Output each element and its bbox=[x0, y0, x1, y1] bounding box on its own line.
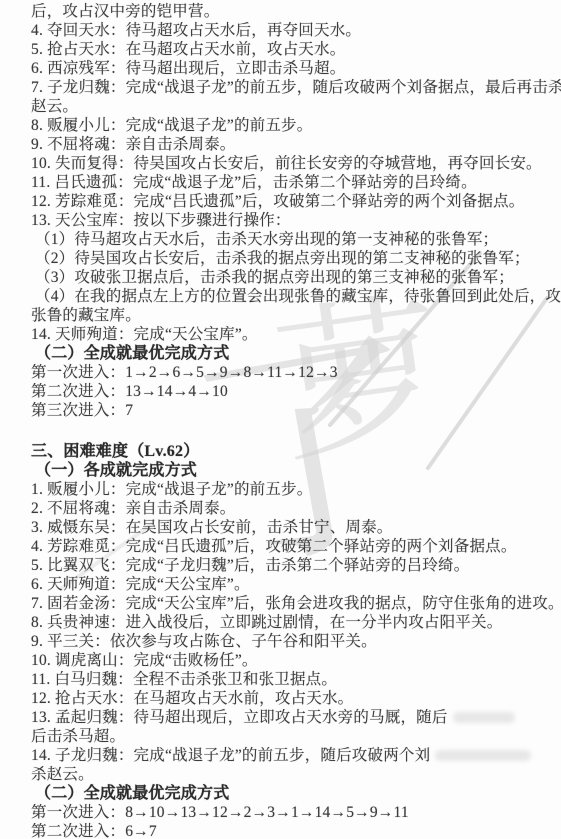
entry-sequence-line: 第二次进入：6→7 bbox=[31, 822, 549, 839]
line-text: 12. 抢占天水：在马超攻占天水前，攻占天水。 bbox=[31, 690, 353, 707]
line-text: 第一次进入：1→2→6→5→9→8→11→12→3 bbox=[31, 364, 338, 381]
step-line: （2）待吴国攻占长安后，击杀我的据点旁出现的第二支神秘的张鲁军； bbox=[31, 249, 549, 268]
text-line: 12. 抢占天水：在马超攻占天水前，攻占天水。 bbox=[31, 689, 549, 708]
text-line: 4. 芳踪难觅：完成“吕氏遗孤”后，攻破第二个驿站旁的两个刘备据点。 bbox=[31, 537, 549, 556]
text-line: 11. 白马归魏：全程不击杀张卫和张卫据点。 bbox=[31, 670, 549, 689]
entry-sequence-line: 第三次进入：7 bbox=[31, 401, 549, 420]
text-line: 7. 子龙归魏：完成“战退子龙”的前五步，随后攻破两个刘备据点，最后再击杀 bbox=[31, 78, 549, 97]
line-text: （1）待马超攻占天水后，击杀天水旁出现的第一支神秘的张鲁军； bbox=[35, 231, 498, 248]
line-text: （一）各成就完成方式 bbox=[35, 462, 197, 479]
line-text: 7. 子龙归魏：完成“战退子龙”的前五步，随后攻破两个刘备据点，最后再击杀 bbox=[31, 79, 561, 96]
entry-sequence-line: 第一次进入：8→10→13→12→2→3→1→14→5→9→11 bbox=[31, 803, 549, 822]
line-text: 14. 天师殉道：完成“天公宝库”。 bbox=[31, 326, 258, 343]
line-text: 4. 夺回天水：待马超攻占天水后，再夺回天水。 bbox=[31, 22, 361, 39]
text-line: 7. 固若金汤：完成“天公宝库”后，张角会进攻我的据点，防守住张角的进攻。 bbox=[31, 594, 549, 613]
text-line: 13. 孟起归魏：待马超出现后，立即攻占天水旁的马厩，随后 bbox=[31, 708, 549, 727]
line-text: 9. 平三关：依次参与攻占陈仓、子午谷和阳平关。 bbox=[31, 633, 377, 650]
step-line: （4）在我的据点左上方的位置会出现张鲁的藏宝库，待张鲁回到此处后，攻破 bbox=[31, 287, 549, 306]
line-text: 8. 贩履小儿：完成“战退子龙”的前五步。 bbox=[31, 117, 312, 134]
erased-text-smudge bbox=[435, 750, 531, 761]
line-text: 13. 孟起归魏：待马超出现后，立即攻占天水旁的马厩，随后 bbox=[31, 709, 448, 726]
text-line: 6. 西凉残军：待马超出现后，立即击杀马超。 bbox=[31, 59, 549, 78]
step-line: （1）待马超攻占天水后，击杀天水旁出现的第一支神秘的张鲁军； bbox=[31, 230, 549, 249]
line-text: 杀赵云。 bbox=[31, 766, 94, 783]
text-line: 5. 抢占天水：在马超攻占天水前，攻占天水。 bbox=[31, 40, 549, 59]
line-text: 后，攻占汉中旁的铠甲营。 bbox=[31, 3, 219, 20]
text-line: 张鲁的藏宝库。 bbox=[31, 306, 549, 325]
entry-sequence-line: 第一次进入：1→2→6→5→9→8→11→12→3 bbox=[31, 363, 549, 382]
text-line: 后击杀马超。 bbox=[31, 727, 549, 746]
line-text: 1. 贩履小儿：完成“战退子龙”的前五步。 bbox=[31, 481, 312, 498]
text-line: 14. 天师殉道：完成“天公宝库”。 bbox=[31, 325, 549, 344]
text-line: 2. 不屈将魂：亲自击杀周泰。 bbox=[31, 499, 549, 518]
erased-text-smudge bbox=[453, 712, 515, 723]
text-line: 赵云。 bbox=[31, 97, 549, 116]
line-text: 9. 不屈将魂：亲自击杀周泰。 bbox=[31, 136, 236, 153]
step-line: （3）攻破张卫据点后，击杀我的据点旁出现的第三支神秘的张鲁军； bbox=[31, 268, 549, 287]
line-text: 5. 抢占天水：在马超攻占天水前，攻占天水。 bbox=[31, 41, 345, 58]
line-text: 6. 西凉残军：待马超出现后，立即击杀马超。 bbox=[31, 60, 345, 77]
line-text: （二）全成就最优完成方式 bbox=[35, 785, 229, 802]
text-line: 9. 平三关：依次参与攻占陈仓、子午谷和阳平关。 bbox=[31, 632, 549, 651]
line-text: 第一次进入：8→10→13→12→2→3→1→14→5→9→11 bbox=[31, 804, 409, 821]
text-line: 5. 比翼双飞：完成“子龙归魏”后，击杀第二个驿站旁的吕玲绮。 bbox=[31, 556, 549, 575]
line-text: 7. 固若金汤：完成“天公宝库”后，张角会进攻我的据点，防守住张角的进攻。 bbox=[31, 595, 561, 612]
line-text: 第二次进入：6→7 bbox=[31, 823, 157, 839]
line-text: 10. 失而复得：待吴国攻占长安后，前往长安旁的夺城营地，再夺回长安。 bbox=[31, 155, 542, 172]
line-text: 12. 芳踪难觅：完成“吕氏遗孤”后，攻破第二个驿站旁的两个刘备据点。 bbox=[31, 193, 525, 210]
line-text: 2. 不屈将魂：亲自击杀周泰。 bbox=[31, 500, 236, 517]
line-text: 5. 比翼双飞：完成“子龙归魏”后，击杀第二个驿站旁的吕玲绮。 bbox=[31, 557, 469, 574]
text-line: 8. 贩履小儿：完成“战退子龙”的前五步。 bbox=[31, 116, 549, 135]
section-heading: 三、困难难度（Lv.62） bbox=[31, 442, 549, 461]
line-text: 10. 调虎离山：完成“击败杨任”。 bbox=[31, 652, 258, 669]
line-text: 3. 威慑东吴：在吴国攻占长安前，击杀甘宁、周泰。 bbox=[31, 519, 393, 536]
text-line: 14. 子龙归魏：完成“战退子龙”的前五步，随后攻破两个刘 bbox=[31, 746, 549, 765]
entry-sequence-line: 第二次进入：13→14→4→10 bbox=[31, 382, 549, 401]
line-text: 6. 天师殉道：完成“天公宝库”。 bbox=[31, 576, 250, 593]
line-text: 4. 芳踪难觅：完成“吕氏遗孤”后，攻破第二个驿站旁的两个刘备据点。 bbox=[31, 538, 517, 555]
section-heading: （二）全成就最优完成方式 bbox=[31, 344, 549, 363]
text-line: 杀赵云。 bbox=[31, 765, 549, 784]
section-heading: （一）各成就完成方式 bbox=[31, 461, 549, 480]
line-text: （2）待吴国攻占长安后，击杀我的据点旁出现的第二支神秘的张鲁军； bbox=[35, 250, 530, 267]
line-text: （3）攻破张卫据点后，击杀我的据点旁出现的第三支神秘的张鲁军； bbox=[35, 269, 514, 286]
text-line: 9. 不屈将魂：亲自击杀周泰。 bbox=[31, 135, 549, 154]
text-line: 1. 贩履小儿：完成“战退子龙”的前五步。 bbox=[31, 480, 549, 499]
line-text: 赵云。 bbox=[31, 98, 78, 115]
text-line: 4. 夺回天水：待马超攻占天水后，再夺回天水。 bbox=[31, 21, 549, 40]
line-text: 8. 兵贵神速：进入战役后，立即跳过剧情，在一分半内攻占阳平关。 bbox=[31, 614, 502, 631]
line-text: 11. 白马归魏：全程不击杀张卫和张卫据点。 bbox=[31, 671, 337, 688]
text-line: 12. 芳踪难觅：完成“吕氏遗孤”后，攻破第二个驿站旁的两个刘备据点。 bbox=[31, 192, 549, 211]
line-text: （二）全成就最优完成方式 bbox=[35, 345, 229, 362]
text-line: 11. 吕氏遗孤：完成“战退子龙”后，击杀第二个驿站旁的吕玲绮。 bbox=[31, 173, 549, 192]
text-line: 后，攻占汉中旁的铠甲营。 bbox=[31, 2, 549, 21]
section-heading: （二）全成就最优完成方式 bbox=[31, 784, 549, 803]
line-text: 第三次进入：7 bbox=[31, 402, 133, 419]
line-text: 第二次进入：13→14→4→10 bbox=[31, 383, 228, 400]
line-text: 14. 子龙归魏：完成“战退子龙”的前五步，随后攻破两个刘 bbox=[31, 747, 430, 764]
line-text: 后击杀马超。 bbox=[31, 728, 125, 745]
section-gap bbox=[31, 420, 549, 442]
line-text: （4）在我的据点左上方的位置会出现张鲁的藏宝库，待张鲁回到此处后，攻破 bbox=[35, 288, 561, 305]
line-text: 13. 天公宝库：按以下步骤进行操作： bbox=[31, 212, 291, 229]
document-page: 了 萝 后，攻占汉中旁的铠甲营。4. 夺回天水：待马超攻占天水后，再夺回天水。5… bbox=[0, 0, 561, 839]
text-line: 6. 天师殉道：完成“天公宝库”。 bbox=[31, 575, 549, 594]
line-text: 张鲁的藏宝库。 bbox=[31, 307, 141, 324]
line-text: 三、困难难度（Lv.62） bbox=[31, 443, 199, 460]
text-line: 10. 失而复得：待吴国攻占长安后，前往长安旁的夺城营地，再夺回长安。 bbox=[31, 154, 549, 173]
text-line: 10. 调虎离山：完成“击败杨任”。 bbox=[31, 651, 549, 670]
line-text: 11. 吕氏遗孤：完成“战退子龙”后，击杀第二个驿站旁的吕玲绮。 bbox=[31, 174, 477, 191]
document-body: 后，攻占汉中旁的铠甲营。4. 夺回天水：待马超攻占天水后，再夺回天水。5. 抢占… bbox=[0, 0, 561, 839]
text-line: 8. 兵贵神速：进入战役后，立即跳过剧情，在一分半内攻占阳平关。 bbox=[31, 613, 549, 632]
text-line: 3. 威慑东吴：在吴国攻占长安前，击杀甘宁、周泰。 bbox=[31, 518, 549, 537]
text-line: 13. 天公宝库：按以下步骤进行操作： bbox=[31, 211, 549, 230]
